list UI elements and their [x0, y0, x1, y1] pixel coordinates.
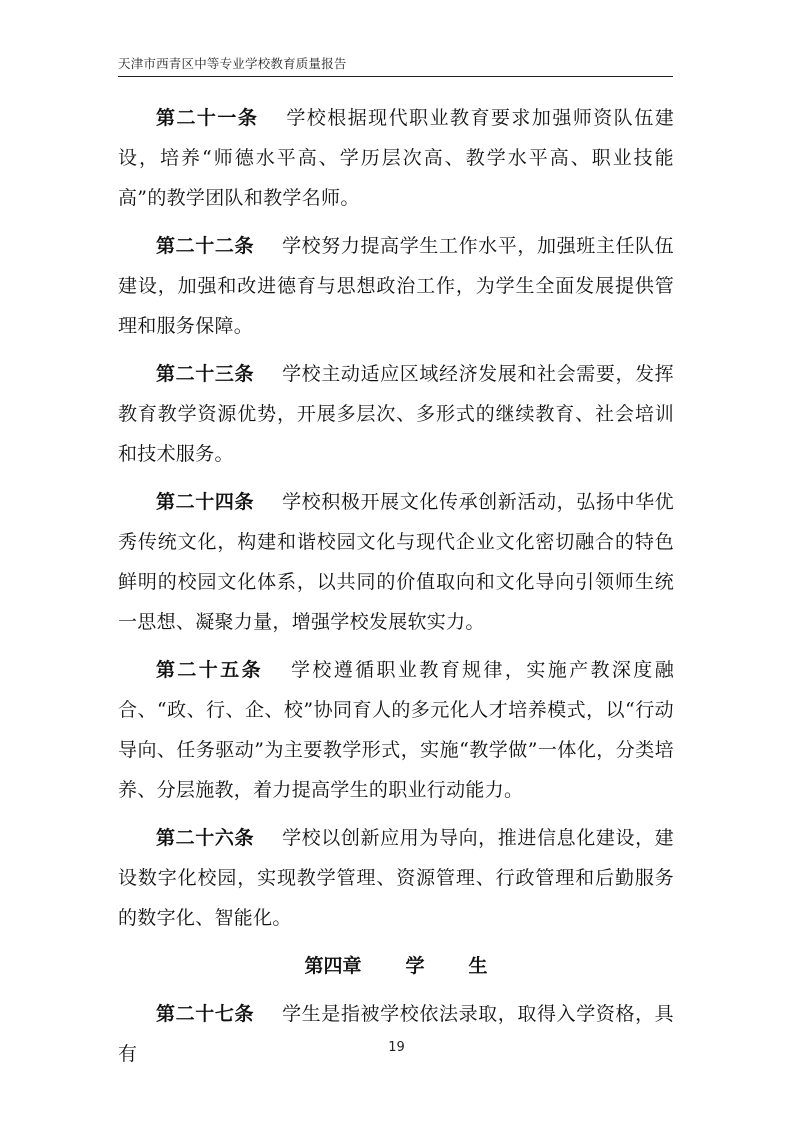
- article-number: 第二十五条: [156, 659, 263, 681]
- article-27: 第二十七条学生是指被学校依法录取，取得入学资格，具有: [118, 994, 674, 1074]
- article-number: 第二十一条: [156, 107, 258, 129]
- article-21: 第二十一条学校根据现代职业教育要求加强师资队伍建设，培养“师德水平高、学历层次高…: [118, 98, 674, 218]
- article-22: 第二十二条学校努力提高学生工作水平，加强班主任队伍建设，加强和改进德育与思想政治…: [118, 226, 674, 346]
- chapter-title-char: 学: [405, 955, 424, 977]
- running-header: 天津市西青区中等专业学校教育质量报告: [118, 54, 673, 77]
- chapter-title-char: 生: [469, 955, 488, 977]
- article-24: 第二十四条学校积极开展文化传承创新活动，弘扬中华优秀传统文化，构建和谐校园文化与…: [118, 482, 674, 642]
- chapter-label: 第四章: [304, 955, 361, 977]
- article-number: 第二十三条: [156, 363, 254, 385]
- article-25: 第二十五条学校遵循职业教育规律，实施产教深度融合、“政、行、企、校”协同育人的多…: [118, 650, 674, 810]
- article-number: 第二十七条: [156, 1003, 254, 1025]
- page-number: 19: [0, 1040, 793, 1055]
- chapter-heading: 第四章学生: [118, 946, 674, 986]
- article-number: 第二十二条: [156, 235, 254, 257]
- article-26: 第二十六条学校以创新应用为导向，推进信息化建设，建设数字化校园，实现教学管理、资…: [118, 818, 674, 938]
- article-number: 第二十六条: [156, 827, 254, 849]
- article-number: 第二十四条: [156, 491, 254, 513]
- article-23: 第二十三条学校主动适应区域经济发展和社会需要，发挥教育教学资源优势，开展多层次、…: [118, 354, 674, 474]
- document-body: 第二十一条学校根据现代职业教育要求加强师资队伍建设，培养“师德水平高、学历层次高…: [118, 98, 674, 1082]
